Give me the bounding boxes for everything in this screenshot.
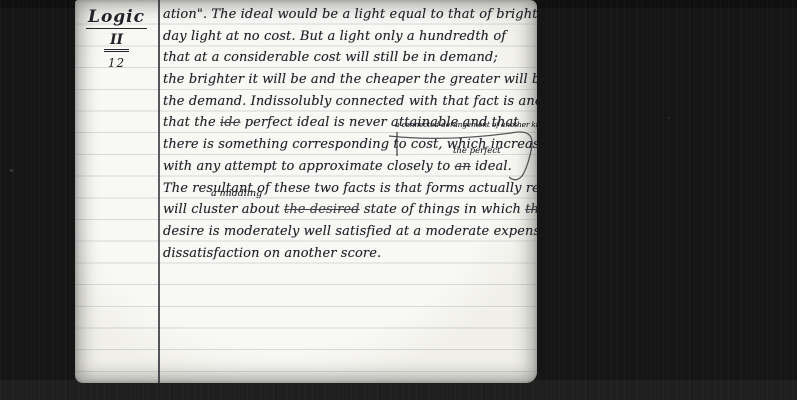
manuscript-line: the demand. Indissolubly connected with …	[163, 91, 537, 113]
struck-word: the	[525, 202, 537, 217]
handwritten-text: will cluster about	[163, 202, 284, 217]
interlinear-insertion-a-middling: a middling	[211, 188, 262, 199]
handwritten-text: the demand. Indissolubly connected with …	[163, 94, 537, 109]
margin-title: Logic	[86, 7, 147, 29]
handwritten-text: that at a considerable cost will still b…	[163, 50, 498, 65]
manuscript-line: will cluster about the desired state of …	[163, 199, 537, 221]
margin-volume: II	[104, 32, 129, 52]
margin-page-number: 12	[75, 56, 158, 70]
struck-word: an	[455, 159, 471, 174]
handwritten-text: state of things in which	[360, 202, 526, 217]
manuscript-lines: ation". The ideal would be a light equal…	[163, 4, 537, 264]
handwritten-text: the brighter it will be and the cheaper …	[163, 72, 537, 87]
manuscript-line: ation". The ideal would be a light equal…	[163, 4, 537, 26]
handwritten-text: day light at no cost. But a light only a…	[163, 29, 506, 44]
margin-heading: Logic II 12	[75, 7, 158, 70]
handwritten-text: desire is moderately well satisfied at a…	[163, 224, 537, 239]
handwritten-text: that the	[163, 115, 220, 130]
struck-word: the desired	[284, 202, 360, 217]
margin-rule	[158, 0, 160, 383]
scan-background: { "colors": { "background": "#141414", "…	[0, 0, 797, 400]
handwritten-text: with any attempt to approximate closely …	[163, 159, 455, 174]
handwritten-text: ideal.	[471, 159, 512, 174]
manuscript-line: dissatisfaction on another score.	[163, 243, 537, 265]
manuscript-line: the brighter it will be and the cheaper …	[163, 69, 537, 91]
scan-speck	[668, 117, 670, 119]
interlinear-insertion-the-perfect: the perfect	[453, 146, 501, 156]
interlinear-insertion-circled: a connected derangement of another kind	[395, 120, 537, 129]
manuscript-line: desire is moderately well satisfied at a…	[163, 221, 537, 243]
manuscript-page: Logic II 12 ation". The ideal would be a…	[75, 0, 537, 383]
struck-word: ide	[220, 115, 240, 130]
handwritten-text: ation". The ideal would be a light equal…	[163, 7, 537, 22]
manuscript-line: that at a considerable cost will still b…	[163, 47, 537, 69]
manuscript-line: day light at no cost. But a light only a…	[163, 26, 537, 48]
handwritten-text: dissatisfaction on another score.	[163, 246, 381, 261]
manuscript-line: with any attempt to approximate closely …	[163, 156, 537, 178]
scan-speck	[10, 169, 13, 172]
